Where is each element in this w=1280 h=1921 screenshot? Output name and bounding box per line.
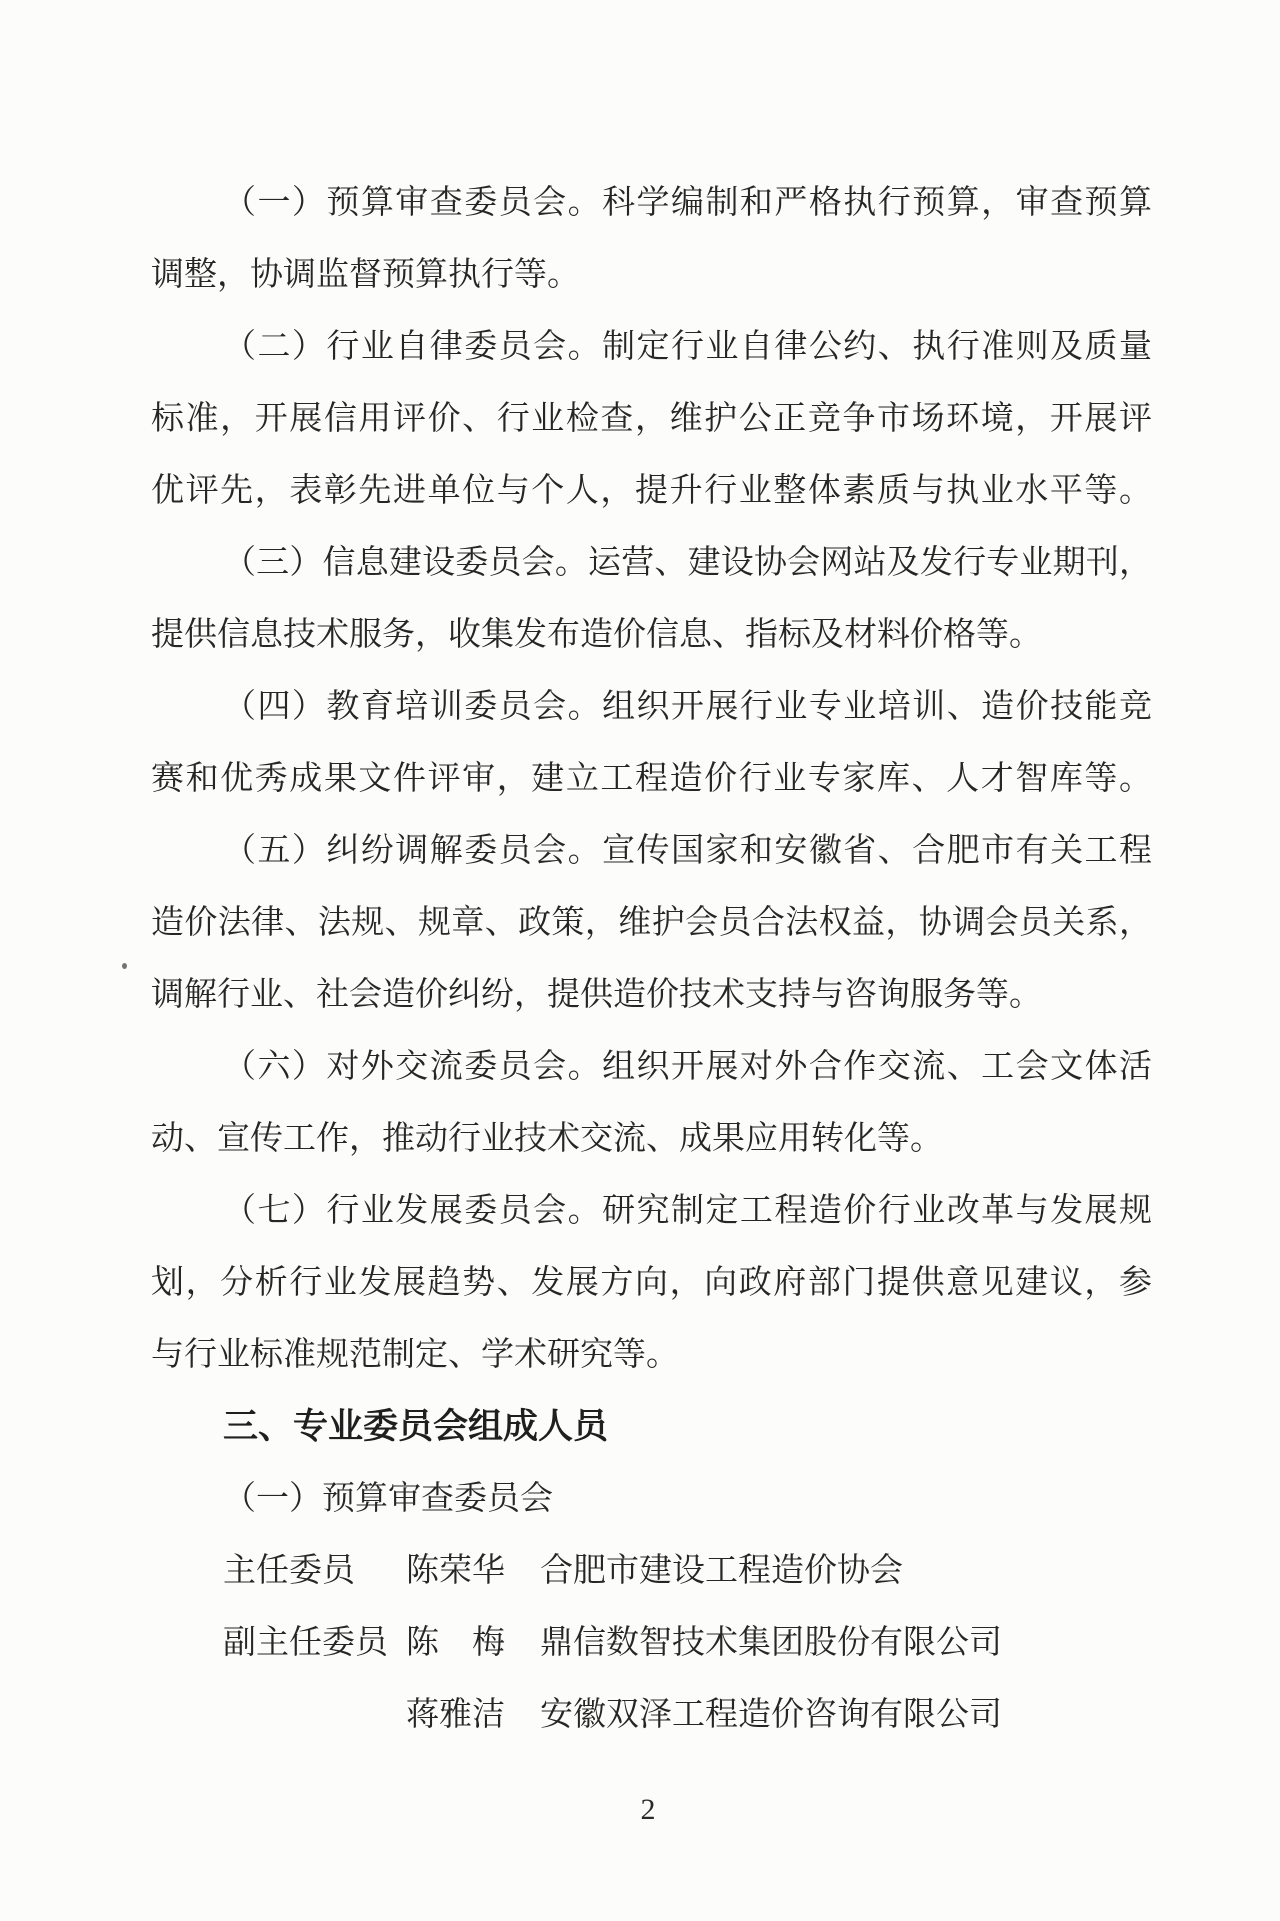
body-line: （四）教育培训委员会。组织开展行业专业培训、造价技能竞 — [151, 671, 1152, 743]
body-line: （三）信息建设委员会。运营、建设协会网站及发行专业期刊， — [151, 527, 1152, 599]
roster-row: 主任委员陈荣华合肥市建设工程造价协会 — [151, 1535, 1152, 1607]
body-line: 调整，协调监督预算执行等。 — [151, 239, 1152, 311]
body-line: 标准，开展信用评价、行业检查，维护公正竞争市场环境，开展评 — [151, 383, 1152, 455]
section-subheading: （一）预算审查委员会 — [151, 1463, 1152, 1535]
body-line: 调解行业、社会造价纠纷，提供造价技术支持与咨询服务等。 — [151, 959, 1152, 1031]
roster-name: 陈荣华 — [406, 1535, 540, 1607]
document-page: （一）预算审查委员会。科学编制和严格执行预算，审查预算 调整，协调监督预算执行等… — [0, 0, 1280, 1921]
body-line: 优评先，表彰先进单位与个人，提升行业整体素质与执业水平等。 — [151, 455, 1152, 527]
scan-artifact-dot — [122, 963, 127, 969]
body-line: 与行业标准规范制定、学术研究等。 — [151, 1319, 1152, 1391]
body-line: 提供信息技术服务，收集发布造价信息、指标及材料价格等。 — [151, 599, 1152, 671]
roster-organization: 安徽双泽工程造价咨询有限公司 — [540, 1697, 1002, 1733]
roster-role: 主任委员 — [223, 1535, 406, 1607]
body-line: 赛和优秀成果文件评审，建立工程造价行业专家库、人才智库等。 — [151, 743, 1152, 815]
body-line: 造价法律、法规、规章、政策，维护会员合法权益，协调会员关系， — [151, 887, 1152, 959]
body-line: 划，分析行业发展趋势、发展方向，向政府部门提供意见建议，参 — [151, 1247, 1152, 1319]
roster-name: 陈 梅 — [406, 1607, 540, 1679]
roster-organization: 合肥市建设工程造价协会 — [540, 1553, 903, 1589]
section-heading: 三、专业委员会组成人员 — [151, 1391, 1152, 1463]
body-line: （五）纠纷调解委员会。宣传国家和安徽省、合肥市有关工程 — [151, 815, 1152, 887]
page-number: 2 — [603, 1790, 693, 1830]
document-body: （一）预算审查委员会。科学编制和严格执行预算，审查预算 调整，协调监督预算执行等… — [151, 167, 1152, 1751]
body-line: （二）行业自律委员会。制定行业自律公约、执行准则及质量 — [151, 311, 1152, 383]
body-line: （一）预算审查委员会。科学编制和严格执行预算，审查预算 — [151, 167, 1152, 239]
body-line: （六）对外交流委员会。组织开展对外合作交流、工会文体活 — [151, 1031, 1152, 1103]
roster-role: 副主任委员 — [223, 1607, 406, 1679]
roster-row: 副主任委员陈 梅鼎信数智技术集团股份有限公司 — [151, 1607, 1152, 1679]
roster-name: 蒋雅洁 — [406, 1679, 540, 1751]
roster-row: 蒋雅洁安徽双泽工程造价咨询有限公司 — [151, 1679, 1152, 1751]
body-line: 动、宣传工作，推动行业技术交流、成果应用转化等。 — [151, 1103, 1152, 1175]
body-line: （七）行业发展委员会。研究制定工程造价行业改革与发展规 — [151, 1175, 1152, 1247]
roster-organization: 鼎信数智技术集团股份有限公司 — [540, 1625, 1002, 1661]
